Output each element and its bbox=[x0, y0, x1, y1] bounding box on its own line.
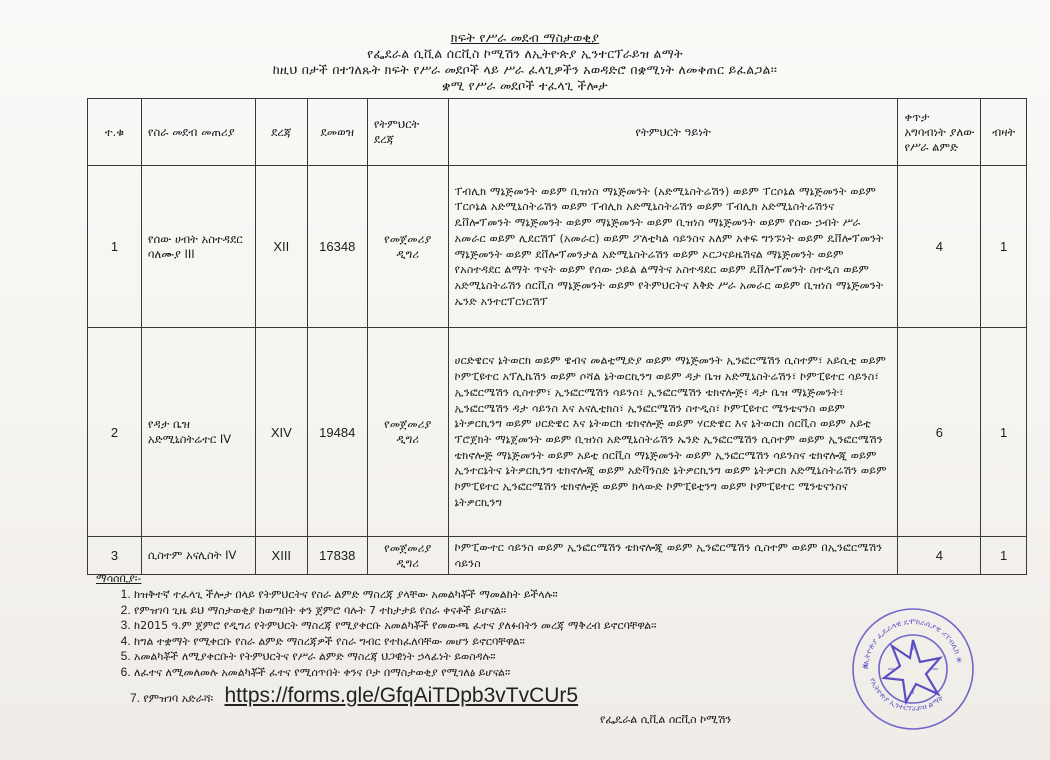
job-vacancy-table: ተ.ቁ የስራ መደብ መጠሪያ ደረጃ ደመወዝ የትምህርት ደረጃ የትም… bbox=[87, 98, 1027, 575]
job-salary: 19484 bbox=[307, 328, 367, 537]
registration-label: የምዝገባ አድራሻ፡ bbox=[143, 692, 213, 705]
official-seal-icon: * * በኢትዮጵያ ፌዴራላዊ ዴሞክራሲያዊ ሪፐብሊክ የኢትዮጵያ ኢን… bbox=[848, 604, 978, 734]
notes-label: ማሳሰቢያ፡- bbox=[96, 572, 656, 586]
education-fields: ፐብሊክ ማኔጅመንት ወይም ቢዝነስ ማኔጅመንት (አድሚኒስትሬሽን) … bbox=[448, 166, 898, 328]
job-title: የሰው ሀብት አስተዳደር ባለሙያ III bbox=[141, 166, 255, 328]
document-page: ክፍት የሥራ መደብ ማስታወቂያ የፌደራል ሲቪል ሰርቪስ ኮሚሽን ለ… bbox=[0, 0, 1050, 760]
header-subtitle: ቋሚ የሥራ መደቦች ተፈላጊ ችሎታ bbox=[0, 78, 1050, 94]
education-level: የመጀመሪያ ዲግሪ bbox=[367, 328, 448, 537]
registration-number: 7. bbox=[130, 691, 140, 705]
job-salary: 17838 bbox=[307, 537, 367, 575]
table-row: 3 ሲስተም አናሊስት IV XIII 17838 የመጀመሪያ ዲግሪ ኮም… bbox=[88, 537, 1027, 575]
row-number: 2 bbox=[88, 328, 142, 537]
vacancy-quantity: 1 bbox=[981, 328, 1027, 537]
job-grade: XIII bbox=[255, 537, 307, 575]
col-header-salary: ደመወዝ bbox=[307, 99, 367, 166]
note-item: አመልካቾች ለሚያቀርቡት የትምህርትና የሥራ ልምድ ማስረጃ ህጋዊነ… bbox=[134, 649, 656, 665]
row-number: 3 bbox=[88, 537, 142, 575]
signature-commission: የፌዴራል ሲቪል ሰርቪስ ኮሚሽን bbox=[600, 713, 731, 727]
note-item: የምዝገባ ጊዜ ይህ ማስታወቂያ ከወጣበት ቀን ጀምሮ ባሉት 7 ተከ… bbox=[134, 603, 656, 619]
job-grade: XIV bbox=[255, 328, 307, 537]
col-header-number: ተ.ቁ bbox=[88, 99, 142, 166]
notes-section: ማሳሰቢያ፡- ከዝቅተኛ ተፈላጊ ችሎታ በላይ የትምህርትና የስራ ል… bbox=[96, 572, 656, 681]
education-level: የመጀመሪያ ዲግሪ bbox=[367, 537, 448, 575]
col-header-grade: ደረጃ bbox=[255, 99, 307, 166]
note-item: ከግል ተቋማት የሚቀርቡ የስራ ልምድ ማስረጃዎች የስራ ግብር የተ… bbox=[134, 634, 656, 650]
notes-list: ከዝቅተኛ ተፈላጊ ችሎታ በላይ የትምህርትና የስራ ልምድ ማስረጃ … bbox=[96, 587, 656, 681]
col-header-experience: ቀጥታ አግባብነት ያለው የሥራ ልምድ bbox=[898, 99, 981, 166]
table-row: 2 የዳታ ቤዝ አድሚኒስትሬተር IV XIV 19484 የመጀመሪያ ዲ… bbox=[88, 328, 1027, 537]
note-item: ለፈተና ለሚመለመሉ አመልካቾች ፈተና የሚሰጥበት ቀንና ቦታ በማስ… bbox=[134, 665, 656, 681]
announcement-title: ክፍት የሥራ መደብ ማስታወቂያ bbox=[0, 30, 1050, 46]
education-fields: ኮምፒውተር ሳይንስ ወይም ኢንፎርሜሽን ቴክኖሎጂ ወይም ኢንፎርሜሽ… bbox=[448, 537, 898, 575]
vacancy-quantity: 1 bbox=[981, 166, 1027, 328]
col-header-education-field: የትምህርት ዓይነት bbox=[448, 99, 898, 166]
education-fields: ሀርድዌርና ኔትወርክ ወይም ዌብና መልቲሚድያ ወይም ማኔጅመንት ኢ… bbox=[448, 328, 898, 537]
registration-link[interactable]: https://forms.gle/GfqAiTDpb3vTvCUr5 bbox=[225, 684, 579, 707]
education-level: የመጀመሪያ ዲግሪ bbox=[367, 166, 448, 328]
experience-years: 4 bbox=[898, 537, 981, 575]
note-item: ከዝቅተኛ ተፈላጊ ችሎታ በላይ የትምህርትና የስራ ልምድ ማስረጃ … bbox=[134, 587, 656, 603]
job-salary: 16348 bbox=[307, 166, 367, 328]
col-header-education-level: የትምህርት ደረጃ bbox=[367, 99, 448, 166]
header-organization: የፌደራል ሲቪል ሰርቪስ ኮሚሽን ለኢትዮጵያ ኢንተርፕራይዝ ልማት bbox=[0, 46, 1050, 62]
job-title: የዳታ ቤዝ አድሚኒስትሬተር IV bbox=[141, 328, 255, 537]
col-header-job-title: የስራ መደብ መጠሪያ bbox=[141, 99, 255, 166]
job-grade: XII bbox=[255, 166, 307, 328]
row-number: 1 bbox=[88, 166, 142, 328]
registration-line: 7. የምዝገባ አድራሻ፡ https://forms.gle/GfqAiTD… bbox=[130, 684, 578, 708]
vacancy-quantity: 1 bbox=[981, 537, 1027, 575]
header-description: ከዚህ በታች በተገለጹት ክፍት የሥራ መደቦች ላይ ሥራ ፈላጊዎችን… bbox=[0, 62, 1050, 78]
experience-years: 6 bbox=[898, 328, 981, 537]
table-row: 1 የሰው ሀብት አስተዳደር ባለሙያ III XII 16348 የመጀመ… bbox=[88, 166, 1027, 328]
svg-text:*: * bbox=[956, 655, 962, 669]
job-title: ሲስተም አናሊስት IV bbox=[141, 537, 255, 575]
experience-years: 4 bbox=[898, 166, 981, 328]
col-header-quantity: ብዛት bbox=[981, 99, 1027, 166]
document-header: ክፍት የሥራ መደብ ማስታወቂያ የፌደራል ሲቪል ሰርቪስ ኮሚሽን ለ… bbox=[0, 30, 1050, 94]
note-item: ከ2015 ዓ.ም ጀምሮ የዲግሪ የትምህርት ማስረጃ የሚያቀርቡ አመ… bbox=[134, 618, 656, 634]
table-header-row: ተ.ቁ የስራ መደብ መጠሪያ ደረጃ ደመወዝ የትምህርት ደረጃ የትም… bbox=[88, 99, 1027, 166]
